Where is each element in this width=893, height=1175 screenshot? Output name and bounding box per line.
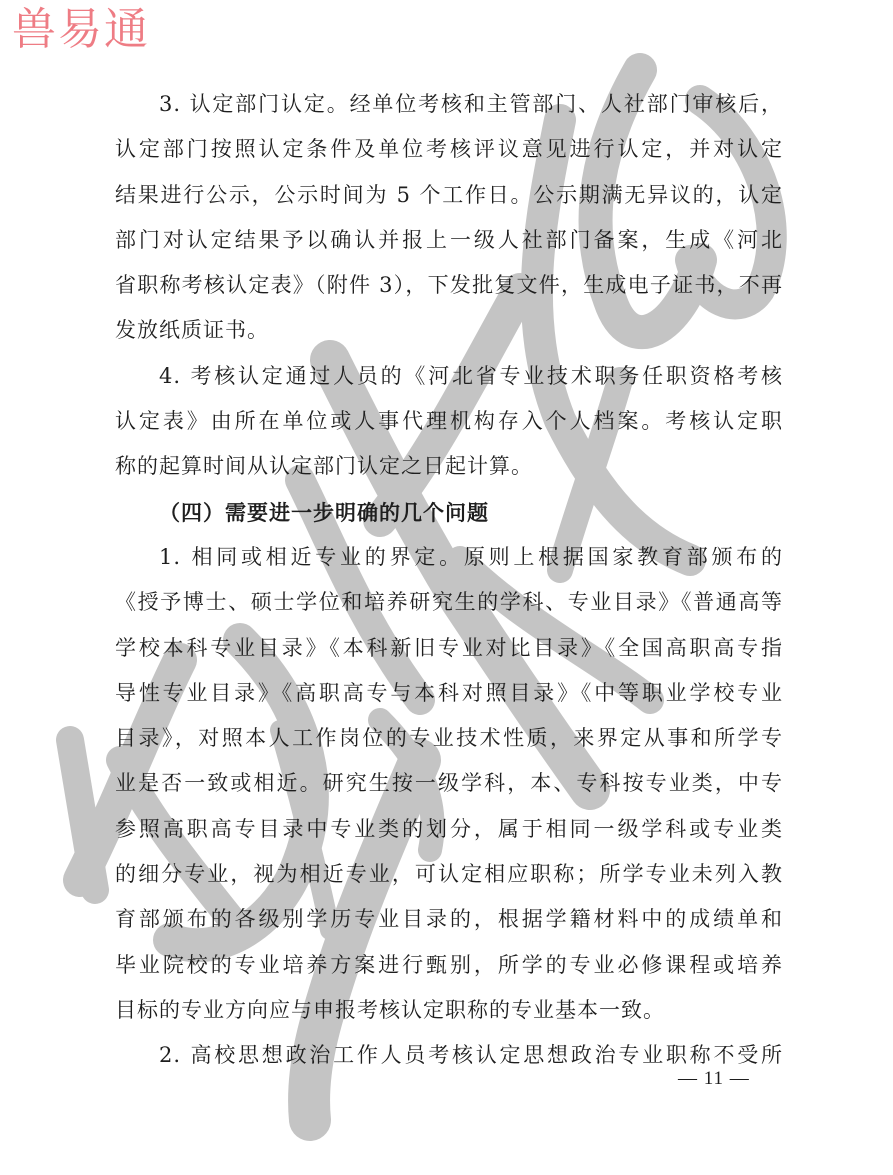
text-line: 1. 相同或相近专业的界定。原则上根据国家教育部颁布的 bbox=[115, 535, 783, 580]
paragraph-4-archive: 4. 考核认定通过人员的《河北省专业技术职务任职资格考核 认定表》由所在单位或人… bbox=[115, 354, 783, 490]
text-line: 导性专业目录》《高职高专与本科对照目录》《中等职业学校专业 bbox=[115, 671, 783, 716]
text-line: 《授予博士、硕士学位和培养研究生的学科、专业目录》《普通高等 bbox=[115, 580, 783, 625]
text-line: 省职称考核认定表》（附件 3），下发批复文件，生成电子证书，不再 bbox=[115, 263, 783, 308]
text-line: 目标的专业方向应与申报考核认定职称的专业基本一致。 bbox=[115, 988, 783, 1033]
page-number: — 11 — bbox=[678, 1068, 750, 1090]
text-line: 参照高职高专目录中专业类的划分，属于相同一级学科或专业类 bbox=[115, 807, 783, 852]
text-line: 认定部门按照认定条件及单位考核评议意见进行认定，并对认定 bbox=[115, 127, 783, 172]
brand-logo: 兽易通 bbox=[12, 2, 150, 58]
text-line: 的细分专业，视为相近专业，可认定相应职称；所学专业未列入教 bbox=[115, 852, 783, 897]
text-line: 育部颁布的各级别学历专业目录的，根据学籍材料中的成绩单和 bbox=[115, 897, 783, 942]
text-line: 结果进行公示，公示时间为 5 个工作日。公示期满无异议的，认定 bbox=[115, 173, 783, 218]
text-line: 目录》，对照本人工作岗位的专业技术性质，来界定从事和所学专 bbox=[115, 716, 783, 761]
text-line: 业是否一致或相近。研究生按一级学科，本、专科按专业类，中专 bbox=[115, 761, 783, 806]
text-line: 称的起算时间从认定部门认定之日起计算。 bbox=[115, 444, 783, 489]
text-line: 毕业院校的专业培养方案进行甄别，所学的专业必修课程或培养 bbox=[115, 943, 783, 988]
text-line: 学校本科专业目录》《本科新旧专业对比目录》《全国高职高专指 bbox=[115, 626, 783, 671]
text-line: 部门对认定结果予以确认并报上一级人社部门备案，生成《河北 bbox=[115, 218, 783, 263]
text-line: 发放纸质证书。 bbox=[115, 308, 783, 353]
text-line: 4. 考核认定通过人员的《河北省专业技术职务任职资格考核 bbox=[115, 354, 783, 399]
text-line: 3. 认定部门认定。经单位考核和主管部门、人社部门审核后， bbox=[115, 82, 783, 127]
section-heading: （四）需要进一步明确的几个问题 bbox=[115, 490, 783, 535]
paragraph-3-certification-by-department: 3. 认定部门认定。经单位考核和主管部门、人社部门审核后， 认定部门按照认定条件… bbox=[115, 82, 783, 354]
document-page: 3. 认定部门认定。经单位考核和主管部门、人社部门审核后， 认定部门按照认定条件… bbox=[115, 82, 783, 1079]
item-1-similar-majors: 1. 相同或相近专业的界定。原则上根据国家教育部颁布的 《授予博士、硕士学位和培… bbox=[115, 535, 783, 1033]
section-heading-4: （四）需要进一步明确的几个问题 bbox=[115, 490, 783, 535]
text-line: 认定表》由所在单位或人事代理机构存入个人档案。考核认定职 bbox=[115, 399, 783, 444]
